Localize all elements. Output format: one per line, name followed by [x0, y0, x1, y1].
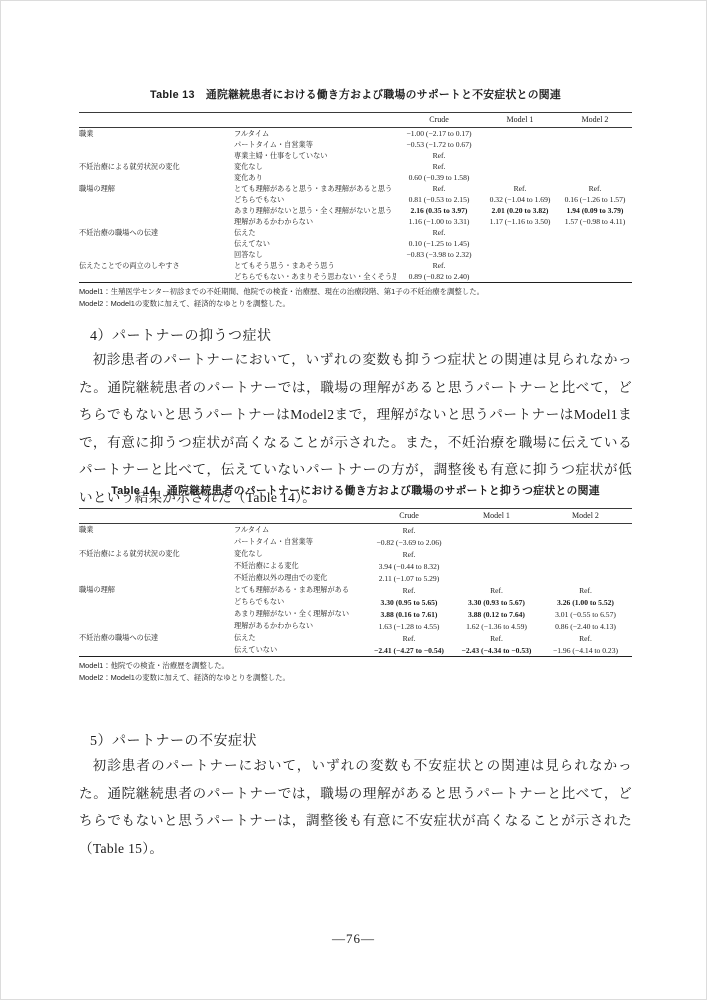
table-row: どちらでもない・あまりそう思わない・全くそう思わない0.89 (−0.82 to…: [79, 271, 632, 283]
row-category: 不妊治療の職場への伝達: [79, 632, 234, 644]
row-value: Ref.: [396, 150, 482, 161]
row-value: [482, 161, 558, 172]
row-category: 職場の理解: [79, 183, 234, 194]
row-value: [558, 249, 632, 260]
row-subcategory: とても理解があると思う・まあ理解があると思う: [234, 183, 396, 194]
row-category: 不妊治療による就労状況の変化: [79, 548, 234, 560]
row-value: 3.94 (−0.44 to 8.32): [364, 560, 454, 572]
table-row: パートタイム・自営業等−0.82 (−3.69 to 2.06): [79, 536, 632, 548]
header-blank: [234, 113, 396, 128]
row-value: [482, 249, 558, 260]
row-value: [454, 536, 539, 548]
table-row: 回答なし−0.83 (−3.98 to 2.32): [79, 249, 632, 260]
row-value: Ref.: [539, 632, 632, 644]
section5-paragraph: 初診患者のパートナーにおいて，いずれの変数も不安症状との関連は見られなかった。通…: [79, 752, 632, 862]
table14-header: Crude Model 1 Model 2: [79, 509, 632, 524]
table-row: 不妊治療による変化3.94 (−0.44 to 8.32): [79, 560, 632, 572]
document-page: Table 13 通院継続患者における働き方および職場のサポートと不安症状との関…: [0, 0, 707, 1000]
row-subcategory: 変化あり: [234, 172, 396, 183]
header-blank: [79, 509, 234, 524]
table-row: 職業フルタイム−1.00 (−2.17 to 0.17): [79, 128, 632, 140]
table-row: 理解があるかわからない1.16 (−1.00 to 3.31)1.17 (−1.…: [79, 216, 632, 227]
row-value: [558, 238, 632, 249]
row-category: [79, 271, 234, 283]
table-row: 専業主婦・仕事をしていないRef.: [79, 150, 632, 161]
row-value: [482, 139, 558, 150]
row-value: [539, 560, 632, 572]
row-value: 3.88 (0.12 to 7.64): [454, 608, 539, 620]
table-row: 職業フルタイムRef.: [79, 524, 632, 537]
row-category: [79, 608, 234, 620]
table-row: あまり理解がないと思う・全く理解がないと思う2.16 (0.35 to 3.97…: [79, 205, 632, 216]
row-value: [482, 150, 558, 161]
table-row: 不妊治療以外の理由での変化2.11 (−1.07 to 5.29): [79, 572, 632, 584]
row-subcategory: 回答なし: [234, 249, 396, 260]
row-category: [79, 572, 234, 584]
table13-block: Table 13 通院継続患者における働き方および職場のサポートと不安症状との関…: [79, 87, 632, 310]
header-model2: Model 2: [558, 113, 632, 128]
row-category: 職業: [79, 524, 234, 537]
row-value: 1.17 (−1.16 to 3.50): [482, 216, 558, 227]
row-value: 2.01 (0.20 to 3.82): [482, 205, 558, 216]
row-value: 0.60 (−0.39 to 1.58): [396, 172, 482, 183]
row-value: [482, 260, 558, 271]
row-value: 3.30 (0.93 to 5.67): [454, 596, 539, 608]
row-subcategory: 伝えていない: [234, 644, 364, 657]
table-header-row: Crude Model 1 Model 2: [79, 113, 632, 128]
table14-block: Table 14 通院継続患者のパートナーにおける働き方および職場のサポートと抑…: [79, 483, 632, 684]
row-subcategory: 変化なし: [234, 548, 364, 560]
row-value: Ref.: [364, 584, 454, 596]
footnote-line: Model2：Model1の変数に加えて、経済的なゆとりを調整した。: [79, 298, 632, 310]
row-subcategory: フルタイム: [234, 128, 396, 140]
row-value: 0.81 (−0.53 to 2.15): [396, 194, 482, 205]
header-crude: Crude: [364, 509, 454, 524]
row-value: [482, 128, 558, 140]
row-subcategory: とてもそう思う・まあそう思う: [234, 260, 396, 271]
row-value: Ref.: [539, 584, 632, 596]
header-model1: Model 1: [454, 509, 539, 524]
row-value: 2.16 (0.35 to 3.97): [396, 205, 482, 216]
row-value: 3.26 (1.00 to 5.52): [539, 596, 632, 608]
table14-footnotes: Model1：他院での検査・治療歴を調整した。 Model2：Model1の変数…: [79, 660, 632, 684]
section4-heading: 4）パートナーの抑うつ症状: [90, 325, 272, 345]
table-row: 職場の理解とても理解がある・まあ理解があるRef.Ref.Ref.: [79, 584, 632, 596]
row-category: 不妊治療による就労状況の変化: [79, 161, 234, 172]
row-value: [539, 548, 632, 560]
row-value: Ref.: [364, 632, 454, 644]
header-model2: Model 2: [539, 509, 632, 524]
row-value: 2.11 (−1.07 to 5.29): [364, 572, 454, 584]
row-value: [482, 227, 558, 238]
table-row: 変化あり0.60 (−0.39 to 1.58): [79, 172, 632, 183]
table13-footnotes: Model1：生殖医学センター初診までの不妊期間、他院での検査・治療歴、現在の治…: [79, 286, 632, 310]
row-value: [482, 238, 558, 249]
table-row: 不妊治療の職場への伝達伝えたRef.: [79, 227, 632, 238]
table-row: 伝えたことでの両立のしやすさとてもそう思う・まあそう思うRef.: [79, 260, 632, 271]
table-row: 職場の理解とても理解があると思う・まあ理解があると思うRef.Ref.Ref.: [79, 183, 632, 194]
row-value: [454, 560, 539, 572]
table-row: 伝えていない−2.41 (−4.27 to −0.54)−2.43 (−4.34…: [79, 644, 632, 657]
row-category: 伝えたことでの両立のしやすさ: [79, 260, 234, 271]
row-value: 0.16 (−1.26 to 1.57): [558, 194, 632, 205]
row-value: 0.89 (−0.82 to 2.40): [396, 271, 482, 283]
header-model1: Model 1: [482, 113, 558, 128]
row-value: [454, 548, 539, 560]
row-category: [79, 139, 234, 150]
row-value: 0.10 (−1.25 to 1.45): [396, 238, 482, 249]
row-value: Ref.: [454, 584, 539, 596]
row-category: [79, 536, 234, 548]
row-category: [79, 205, 234, 216]
row-category: [79, 644, 234, 657]
row-value: 3.30 (0.95 to 5.65): [364, 596, 454, 608]
table-row: 理解があるかわからない1.63 (−1.28 to 4.55)1.62 (−1.…: [79, 620, 632, 632]
row-value: [558, 271, 632, 283]
row-value: Ref.: [364, 548, 454, 560]
table14: Crude Model 1 Model 2 職業フルタイムRef.パートタイム・…: [79, 508, 632, 657]
row-subcategory: フルタイム: [234, 524, 364, 537]
row-subcategory: あまり理解がないと思う・全く理解がないと思う: [234, 205, 396, 216]
table13-header: Crude Model 1 Model 2: [79, 113, 632, 128]
row-category: [79, 560, 234, 572]
row-category: [79, 249, 234, 260]
row-category: 不妊治療の職場への伝達: [79, 227, 234, 238]
row-category: [79, 150, 234, 161]
page-number: —76—: [1, 931, 706, 947]
row-value: [482, 271, 558, 283]
row-value: Ref.: [396, 161, 482, 172]
row-subcategory: どちらでもない: [234, 596, 364, 608]
row-value: 0.86 (−2.40 to 4.13): [539, 620, 632, 632]
row-value: Ref.: [396, 260, 482, 271]
table-row: どちらでもない0.81 (−0.53 to 2.15)0.32 (−1.04 t…: [79, 194, 632, 205]
table-row: 不妊治療の職場への伝達伝えたRef.Ref.Ref.: [79, 632, 632, 644]
table-row: あまり理解がない・全く理解がない3.88 (0.16 to 7.61)3.88 …: [79, 608, 632, 620]
row-subcategory: どちらでもない・あまりそう思わない・全くそう思わない: [234, 271, 396, 283]
row-value: Ref.: [454, 632, 539, 644]
row-value: [558, 128, 632, 140]
row-value: 1.63 (−1.28 to 4.55): [364, 620, 454, 632]
row-value: 3.88 (0.16 to 7.61): [364, 608, 454, 620]
row-subcategory: 理解があるかわからない: [234, 216, 396, 227]
row-value: 3.01 (−0.55 to 6.57): [539, 608, 632, 620]
table-row: 不妊治療による就労状況の変化変化なしRef.: [79, 548, 632, 560]
row-subcategory: 伝えてない: [234, 238, 396, 249]
row-value: −0.83 (−3.98 to 2.32): [396, 249, 482, 260]
row-value: Ref.: [482, 183, 558, 194]
row-value: Ref.: [558, 183, 632, 194]
row-value: [558, 227, 632, 238]
row-value: 1.94 (0.09 to 3.79): [558, 205, 632, 216]
section5-heading: 5）パートナーの不安症状: [90, 730, 257, 750]
row-subcategory: パートタイム・自営業等: [234, 536, 364, 548]
row-value: −2.43 (−4.34 to −0.53): [454, 644, 539, 657]
row-category: 職場の理解: [79, 584, 234, 596]
header-blank: [79, 113, 234, 128]
row-category: 職業: [79, 128, 234, 140]
row-value: Ref.: [364, 524, 454, 537]
row-value: −1.96 (−4.14 to 0.23): [539, 644, 632, 657]
row-value: [558, 172, 632, 183]
row-subcategory: とても理解がある・まあ理解がある: [234, 584, 364, 596]
row-value: [539, 524, 632, 537]
row-category: [79, 238, 234, 249]
row-subcategory: 不妊治療以外の理由での変化: [234, 572, 364, 584]
row-category: [79, 172, 234, 183]
row-subcategory: 伝えた: [234, 227, 396, 238]
row-subcategory: 不妊治療による変化: [234, 560, 364, 572]
row-subcategory: 専業主婦・仕事をしていない: [234, 150, 396, 161]
row-category: [79, 620, 234, 632]
row-value: [454, 524, 539, 537]
row-category: [79, 596, 234, 608]
footnote-line: Model2：Model1の変数に加えて、経済的なゆとりを調整した。: [79, 672, 632, 684]
row-value: 1.16 (−1.00 to 3.31): [396, 216, 482, 227]
row-value: [454, 572, 539, 584]
row-value: Ref.: [396, 183, 482, 194]
row-value: −0.82 (−3.69 to 2.06): [364, 536, 454, 548]
row-subcategory: パートタイム・自営業等: [234, 139, 396, 150]
row-value: [558, 139, 632, 150]
row-value: 1.62 (−1.36 to 4.59): [454, 620, 539, 632]
row-category: [79, 194, 234, 205]
row-value: [482, 172, 558, 183]
row-value: Ref.: [396, 227, 482, 238]
table-row: パートタイム・自営業等−0.53 (−1.72 to 0.67): [79, 139, 632, 150]
row-value: [539, 572, 632, 584]
table-row: 不妊治療による就労状況の変化変化なしRef.: [79, 161, 632, 172]
footnote-line: Model1：生殖医学センター初診までの不妊期間、他院での検査・治療歴、現在の治…: [79, 286, 632, 298]
row-value: −1.00 (−2.17 to 0.17): [396, 128, 482, 140]
row-subcategory: 変化なし: [234, 161, 396, 172]
header-blank: [234, 509, 364, 524]
row-category: [79, 216, 234, 227]
table13: Crude Model 1 Model 2 職業フルタイム−1.00 (−2.1…: [79, 112, 632, 283]
row-value: 0.32 (−1.04 to 1.69): [482, 194, 558, 205]
table14-title: Table 14 通院継続患者のパートナーにおける働き方および職場のサポートと抑…: [79, 483, 632, 498]
footnote-line: Model1：他院での検査・治療歴を調整した。: [79, 660, 632, 672]
table-header-row: Crude Model 1 Model 2: [79, 509, 632, 524]
row-value: [558, 161, 632, 172]
row-value: [539, 536, 632, 548]
row-subcategory: 伝えた: [234, 632, 364, 644]
table-row: 伝えてない0.10 (−1.25 to 1.45): [79, 238, 632, 249]
header-crude: Crude: [396, 113, 482, 128]
row-value: [558, 260, 632, 271]
table14-body: 職業フルタイムRef.パートタイム・自営業等−0.82 (−3.69 to 2.…: [79, 524, 632, 657]
table-row: どちらでもない3.30 (0.95 to 5.65)3.30 (0.93 to …: [79, 596, 632, 608]
row-subcategory: あまり理解がない・全く理解がない: [234, 608, 364, 620]
row-value: −2.41 (−4.27 to −0.54): [364, 644, 454, 657]
row-value: [558, 150, 632, 161]
row-value: −0.53 (−1.72 to 0.67): [396, 139, 482, 150]
row-value: 1.57 (−0.98 to 4.11): [558, 216, 632, 227]
table13-title: Table 13 通院継続患者における働き方および職場のサポートと不安症状との関…: [79, 87, 632, 102]
table13-body: 職業フルタイム−1.00 (−2.17 to 0.17)パートタイム・自営業等−…: [79, 128, 632, 283]
row-subcategory: 理解があるかわからない: [234, 620, 364, 632]
row-subcategory: どちらでもない: [234, 194, 396, 205]
